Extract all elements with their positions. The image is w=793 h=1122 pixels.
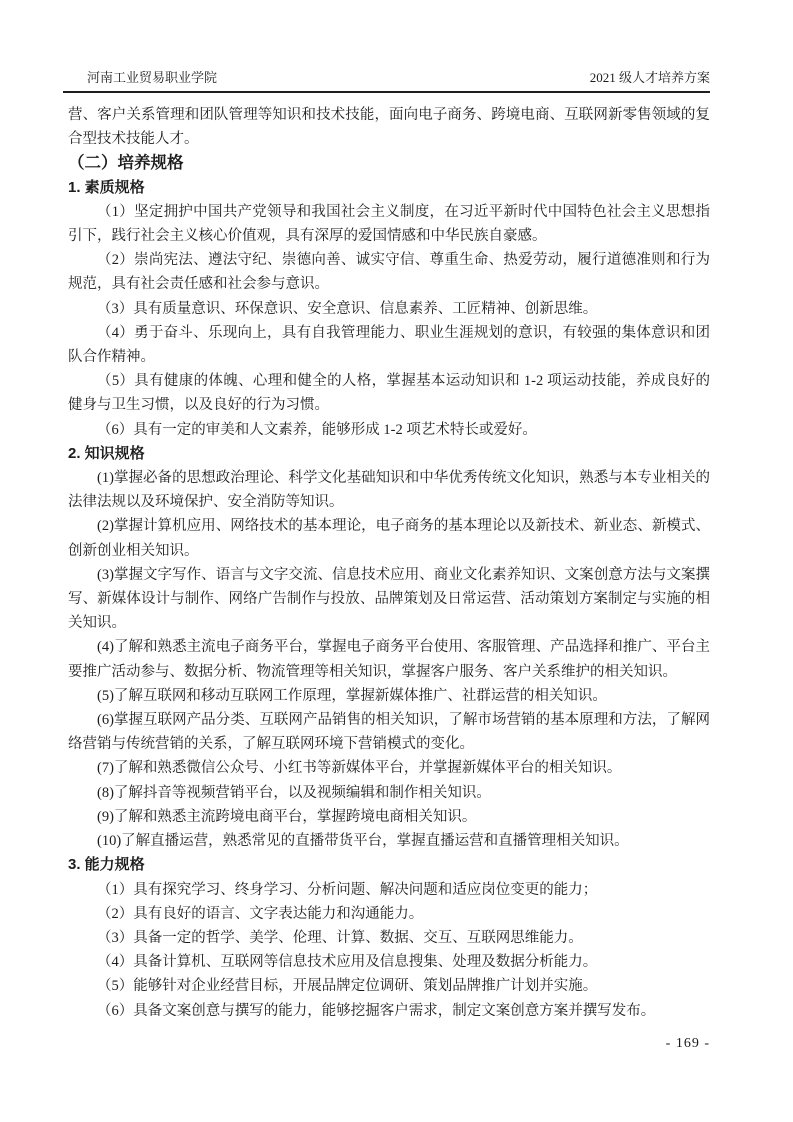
spec-item: (2)掌握计算机应用、网络技术的基本理论，电子商务的基本理论以及新技术、新业态、… xyxy=(68,514,710,562)
header-doc-title: 2021 级人才培养方案 xyxy=(590,70,710,86)
spec-item: (9)了解和熟悉主流跨境电商平台，掌握跨境电商相关知识。 xyxy=(68,805,710,829)
spec-item: (4)了解和熟悉主流电子商务平台，掌握电子商务平台使用、客服管理、产品选择和推广… xyxy=(68,635,710,683)
document-page: 河南工业贸易职业学院 2021 级人才培养方案 营、客户关系管理和团队管理等知识… xyxy=(0,0,793,1122)
spec-item: (3)掌握文字写作、语言与文字交流、信息技术应用、商业文化素养知识、文案创意方法… xyxy=(68,563,710,636)
spec-item: (1)掌握必备的思想政治理论、科学文化基础知识和中华优秀传统文化知识，熟悉与本专… xyxy=(68,466,710,514)
spec-item: （1）具有探究学习、终身学习、分析问题、解决问题和适应岗位变更的能力； xyxy=(68,878,710,902)
spec-item: (10)了解直播运营，熟悉常见的直播带货平台，掌握直播运营和直播管理相关知识。 xyxy=(68,829,710,853)
document-body: 营、客户关系管理和团队管理等知识和技术技能，面向电子商务、跨境电商、互联网新零售… xyxy=(68,103,710,1023)
spec-item: (6)掌握互联网产品分类、互联网产品销售的相关知识，了解市场营销的基本原理和方法… xyxy=(68,708,710,756)
spec-item: （4）勇于奋斗、乐现向上，具有自我管理能力、职业生涯规划的意识，有较强的集体意识… xyxy=(68,321,710,369)
spec-item: （2）崇尚宪法、遵法守纪、崇德向善、诚实守信、尊重生命、热爱劳动，履行道德准则和… xyxy=(68,248,710,296)
subsection-heading: 1. 素质规格 xyxy=(68,176,710,200)
paragraph: 营、客户关系管理和团队管理等知识和技术技能，面向电子商务、跨境电商、互联网新零售… xyxy=(68,103,710,151)
spec-item: （6）具备文案创意与撰写的能力，能够挖掘客户需求，制定文案创意方案并撰写发布。 xyxy=(68,999,710,1023)
spec-item: （2）具有良好的语言、文字表达能力和沟通能力。 xyxy=(68,902,710,926)
spec-item: (5)了解互联网和移动互联网工作原理，掌握新媒体推广、社群运营的相关知识。 xyxy=(68,684,710,708)
subsection-heading: 2. 知识规格 xyxy=(68,442,710,466)
spec-item: （1）坚定拥护中国共产党领导和我国社会主义制度，在习近平新时代中国特色社会主义思… xyxy=(68,200,710,248)
spec-item: (7)了解和熟悉微信公众号、小红书等新媒体平台，并掌握新媒体平台的相关知识。 xyxy=(68,756,710,780)
spec-item: （3）具备一定的哲学、美学、伦理、计算、数据、交互、互联网思维能力。 xyxy=(68,926,710,950)
header-school-name: 河南工业贸易职业学院 xyxy=(63,70,217,86)
spec-item: （4）具备计算机、互联网等信息技术应用及信息搜集、处理及数据分析能力。 xyxy=(68,950,710,974)
subsection-heading: 3. 能力规格 xyxy=(68,853,710,877)
page-number: - 169 - xyxy=(666,1036,710,1052)
spec-item: (8)了解抖音等视频营销平台，以及视频编辑和制作相关知识。 xyxy=(68,781,710,805)
spec-item: （3）具有质量意识、环保意识、安全意识、信息素养、工匠精神、创新思维。 xyxy=(68,297,710,321)
section-heading: （二）培养规格 xyxy=(68,151,710,175)
spec-item: （5）能够针对企业经营目标，开展品牌定位调研、策划品牌推广计划并实施。 xyxy=(68,974,710,998)
page-header: 河南工业贸易职业学院 2021 级人才培养方案 xyxy=(63,70,710,93)
spec-item: （5）具有健康的体魄、心理和健全的人格，掌握基本运动知识和 1-2 项运动技能，… xyxy=(68,369,710,417)
spec-item: （6）具有一定的审美和人文素养，能够形成 1-2 项艺术特长或爱好。 xyxy=(68,418,710,442)
